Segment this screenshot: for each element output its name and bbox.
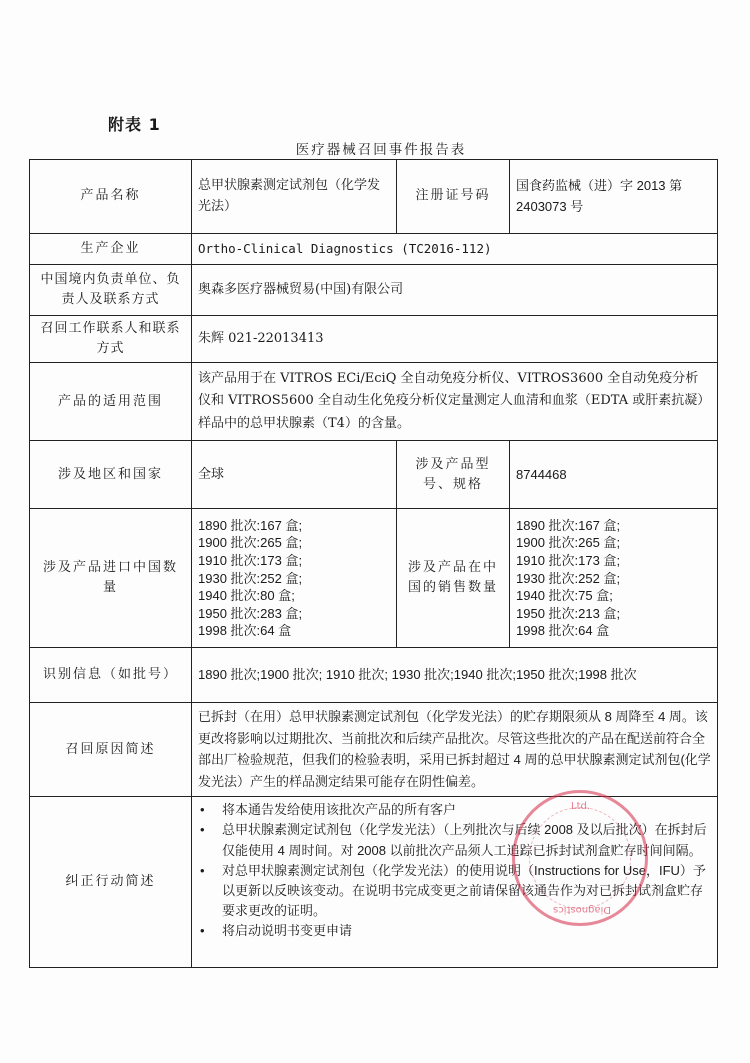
identification-value: 1890 批次;1900 批次; 1910 批次; 1930 批次;1940 批… xyxy=(192,648,718,703)
product-name-value: 总甲状腺素测定试剂包（化学发光法） xyxy=(192,160,397,234)
row-quantities: 涉及产品进口中国数量 1890 批次:167 盒; 1900 批次:265 盒;… xyxy=(30,509,718,648)
import-batch-list: 1890 批次:167 盒; 1900 批次:265 盒; 1910 批次:17… xyxy=(198,517,390,640)
import-batch-item: 1998 批次:64 盒 xyxy=(198,622,390,640)
corrective-action-list: 将本通告发给使用该批次产品的所有客户 总甲状腺素测定试剂包（化学发光法）（上列批… xyxy=(198,800,711,941)
recall-contact-label: 召回工作联系人和联系方式 xyxy=(30,316,192,363)
corrective-action-label: 纠正行动简述 xyxy=(30,797,192,968)
reason-label: 召回原因简述 xyxy=(30,703,192,797)
import-batch-item: 1930 批次:252 盒; xyxy=(198,570,390,588)
import-batch-item: 1900 批次:265 盒; xyxy=(198,534,390,552)
sales-batch-item: 1940 批次:75 盒; xyxy=(516,587,711,605)
row-region: 涉及地区和国家 全球 涉及产品型号、规格 8744468 xyxy=(30,441,718,509)
sales-batch-item: 1910 批次:173 盒; xyxy=(516,552,711,570)
identification-label: 识别信息（如批号） xyxy=(30,648,192,703)
sales-quantity-label: 涉及产品在中国的销售数量 xyxy=(397,509,510,648)
scope-value: 该产品用于在 VITROS ECi/EciQ 全自动免疫分析仪、VITROS36… xyxy=(192,363,718,441)
row-manufacturer: 生产企业 Ortho-Clinical Diagnostics (TC2016-… xyxy=(30,234,718,265)
scope-label: 产品的适用范围 xyxy=(30,363,192,441)
row-product-name: 产品名称 总甲状腺素测定试剂包（化学发光法） 注册证号码 国食药监械（进）字 2… xyxy=(30,160,718,234)
form-title: 医疗器械召回事件报告表 xyxy=(0,138,750,158)
sales-batch-item: 1900 批次:265 盒; xyxy=(516,534,711,552)
corrective-action-item: 将启动说明书变更申请 xyxy=(198,921,711,941)
corrective-action-item: 对总甲状腺素测定试剂包（化学发光法）的使用说明（Instructions for… xyxy=(198,861,711,921)
recall-report-table: 产品名称 总甲状腺素测定试剂包（化学发光法） 注册证号码 国食药监械（进）字 2… xyxy=(29,159,718,968)
model-spec-label: 涉及产品型号、规格 xyxy=(397,441,510,509)
row-identification: 识别信息（如批号） 1890 批次;1900 批次; 1910 批次; 1930… xyxy=(30,648,718,703)
row-reason: 召回原因简述 已拆封（在用）总甲状腺素测定试剂包（化学发光法）的贮存期限须从 8… xyxy=(30,703,718,797)
registration-number-label: 注册证号码 xyxy=(397,160,510,234)
corrective-action-value: 将本通告发给使用该批次产品的所有客户 总甲状腺素测定试剂包（化学发光法）（上列批… xyxy=(192,797,718,968)
corrective-action-item: 总甲状腺素测定试剂包（化学发光法）（上列批次与后续 2008 及以后批次）在拆封… xyxy=(198,820,711,860)
model-spec-value: 8744468 xyxy=(510,441,718,509)
registration-number-value: 国食药监械（进）字 2013 第 2403073 号 xyxy=(510,160,718,234)
sales-batch-item: 1930 批次:252 盒; xyxy=(516,570,711,588)
sales-batch-item: 1998 批次:64 盒 xyxy=(516,622,711,640)
region-value: 全球 xyxy=(192,441,397,509)
sales-quantity-value: 1890 批次:167 盒; 1900 批次:265 盒; 1910 批次:17… xyxy=(510,509,718,648)
import-batch-item: 1940 批次:80 盒; xyxy=(198,587,390,605)
sales-batch-item: 1950 批次:213 盒; xyxy=(516,605,711,623)
import-batch-item: 1910 批次:173 盒; xyxy=(198,552,390,570)
row-china-agent: 中国境内负责单位、负责人及联系方式 奥森多医疗器械贸易(中国)有限公司 xyxy=(30,265,718,316)
china-agent-value: 奥森多医疗器械贸易(中国)有限公司 xyxy=(192,265,718,316)
region-label: 涉及地区和国家 xyxy=(30,441,192,509)
manufacturer-label: 生产企业 xyxy=(30,234,192,265)
sales-batch-item: 1890 批次:167 盒; xyxy=(516,517,711,535)
row-corrective-action: 纠正行动简述 将本通告发给使用该批次产品的所有客户 总甲状腺素测定试剂包（化学发… xyxy=(30,797,718,968)
appendix-label: 附表 1 xyxy=(108,112,161,135)
manufacturer-value: Ortho-Clinical Diagnostics (TC2016-112) xyxy=(192,234,718,265)
import-batch-item: 1890 批次:167 盒; xyxy=(198,517,390,535)
import-batch-item: 1950 批次:283 盒; xyxy=(198,605,390,623)
product-name-label: 产品名称 xyxy=(30,160,192,234)
row-recall-contact: 召回工作联系人和联系方式 朱辉 021-22013413 xyxy=(30,316,718,363)
corrective-action-item: 将本通告发给使用该批次产品的所有客户 xyxy=(198,800,711,820)
sales-batch-list: 1890 批次:167 盒; 1900 批次:265 盒; 1910 批次:17… xyxy=(516,517,711,640)
recall-contact-value: 朱辉 021-22013413 xyxy=(192,316,718,363)
row-scope: 产品的适用范围 该产品用于在 VITROS ECi/EciQ 全自动免疫分析仪、… xyxy=(30,363,718,441)
import-quantity-value: 1890 批次:167 盒; 1900 批次:265 盒; 1910 批次:17… xyxy=(192,509,397,648)
reason-value: 已拆封（在用）总甲状腺素测定试剂包（化学发光法）的贮存期限须从 8 周降至 4 … xyxy=(192,703,718,797)
china-agent-label: 中国境内负责单位、负责人及联系方式 xyxy=(30,265,192,316)
import-quantity-label: 涉及产品进口中国数量 xyxy=(30,509,192,648)
